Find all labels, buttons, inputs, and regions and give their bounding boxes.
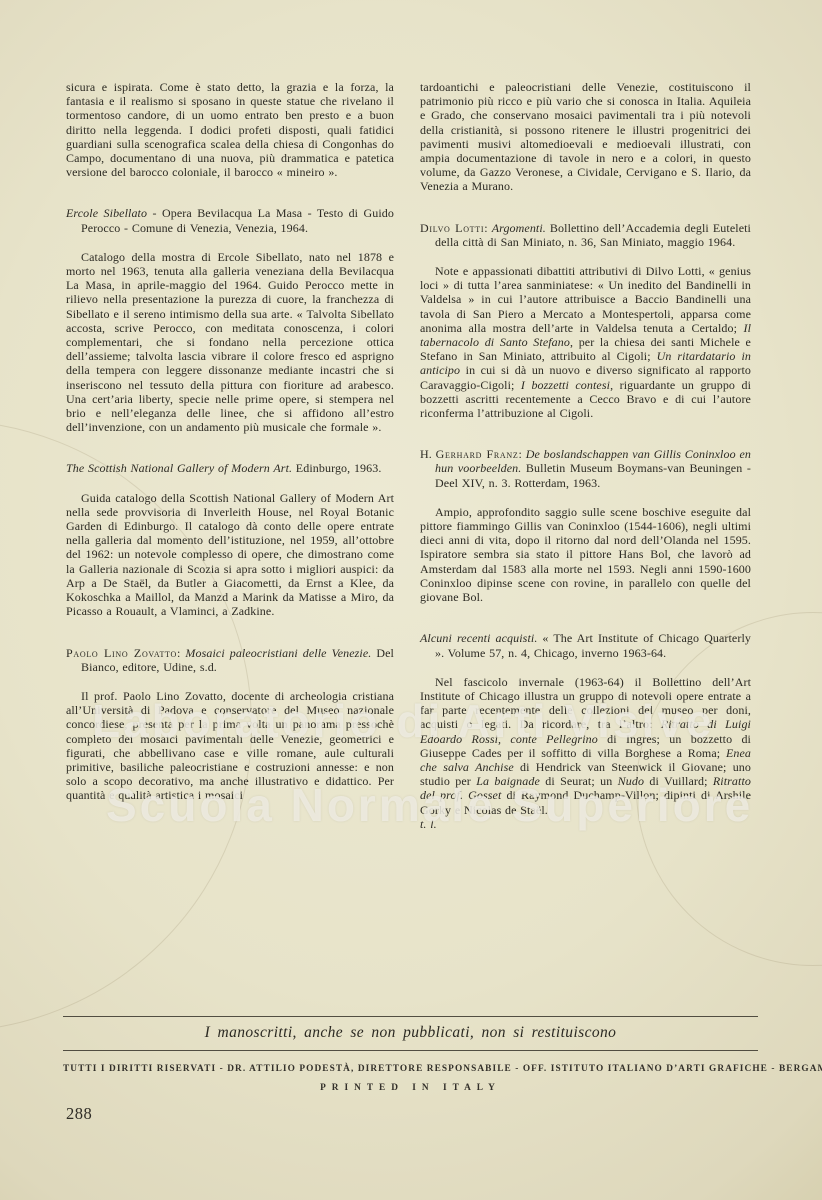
imprint-line: TUTTI I DIRITTI RISERVATI - DR. ATTILIO … — [63, 1064, 758, 1074]
paragraph: Note e appassionati dibattiti attributiv… — [420, 264, 751, 420]
body-text: Ampio, approfondito saggio sulle scene b… — [420, 505, 751, 604]
italic-text: Ercole Sibellato — [66, 206, 147, 220]
body-text: di Seurat; un — [540, 774, 618, 788]
manuscripts-notice: I manoscritti, anche se non pubblicati, … — [63, 1024, 758, 1042]
bibliography-entry: Dilvo Lotti: Argomenti. Bollettino dell’… — [420, 221, 751, 249]
italic-text: The Scottish National Gallery of Modern … — [66, 461, 292, 475]
paragraph: sicura e ispirata. Come è stato detto, l… — [66, 80, 394, 179]
body-text: Guida catalogo della Scottish National G… — [66, 491, 394, 619]
body-text: : — [484, 221, 491, 235]
smallcaps-author-name: Paolo Lino Zovatto — [66, 646, 177, 660]
paragraph: Ampio, approfondito saggio sulle scene b… — [420, 505, 751, 604]
italic-text: Argomenti. — [492, 221, 546, 235]
paragraph: Nel fascicolo invernale (1963-64) il Bol… — [420, 675, 751, 817]
bibliography-entry: Alcuni recenti acquisti. « The Art Insti… — [420, 631, 751, 659]
paragraph: Il prof. Paolo Lino Zovatto, docente di … — [66, 689, 394, 803]
body-text: Catalogo della mostra di Ercole Sibellat… — [66, 250, 394, 434]
divider-top — [63, 1016, 758, 1017]
italic-text: Alcuni recenti acquisti. — [420, 631, 537, 645]
printed-in-italy: PRINTED IN ITALY — [63, 1083, 758, 1093]
paragraph: Catalogo della mostra di Ercole Sibellat… — [66, 250, 394, 435]
body-text: sicura e ispirata. Come è stato detto, l… — [66, 80, 394, 179]
bibliography-entry: H. Gerhard Franz: De boslandschappen van… — [420, 447, 751, 490]
body-text: tardoantichi e paleocristiani delle Vene… — [420, 80, 751, 193]
page-number: 288 — [66, 1104, 92, 1124]
bibliography-entry: Paolo Lino Zovatto: Mosaici paleocristia… — [66, 646, 394, 674]
paragraph: Guida catalogo della Scottish National G… — [66, 491, 394, 619]
italic-text: I bozzetti contesi — [521, 378, 610, 392]
reviewer-initials: t. l. — [420, 817, 751, 831]
smallcaps-author-name: Gerhard Franz — [436, 447, 519, 461]
italic-text: Nudo — [618, 774, 644, 788]
italic-text: t. l. — [420, 817, 437, 831]
right-column: tardoantichi e paleocristiani delle Vene… — [420, 80, 751, 831]
paragraph: tardoantichi e paleocristiani delle Vene… — [420, 80, 751, 194]
italic-text: La baignade — [476, 774, 540, 788]
scanned-journal-page: sicura e ispirata. Come è stato detto, l… — [0, 0, 822, 1200]
bibliography-entry: The Scottish National Gallery of Modern … — [66, 461, 394, 475]
body-text: : — [518, 447, 525, 461]
page-footer: I manoscritti, anche se non pubblicati, … — [63, 1016, 758, 1093]
body-text: Edinburgo, 1963. — [292, 461, 381, 475]
body-text: H. — [420, 447, 436, 461]
body-text: di Vuillard; — [644, 774, 713, 788]
left-column: sicura e ispirata. Come è stato detto, l… — [66, 80, 394, 803]
divider-bottom — [63, 1050, 758, 1051]
italic-text: Mosaici paleocristiani delle Venezie. — [185, 646, 371, 660]
smallcaps-author-name: Dilvo Lotti — [420, 221, 484, 235]
bibliography-entry: Ercole Sibellato - Opera Bevilacqua La M… — [66, 206, 394, 234]
body-text: Note e appassionati dibattiti attributiv… — [420, 264, 751, 335]
body-text: Il prof. Paolo Lino Zovatto, docente di … — [66, 689, 394, 802]
